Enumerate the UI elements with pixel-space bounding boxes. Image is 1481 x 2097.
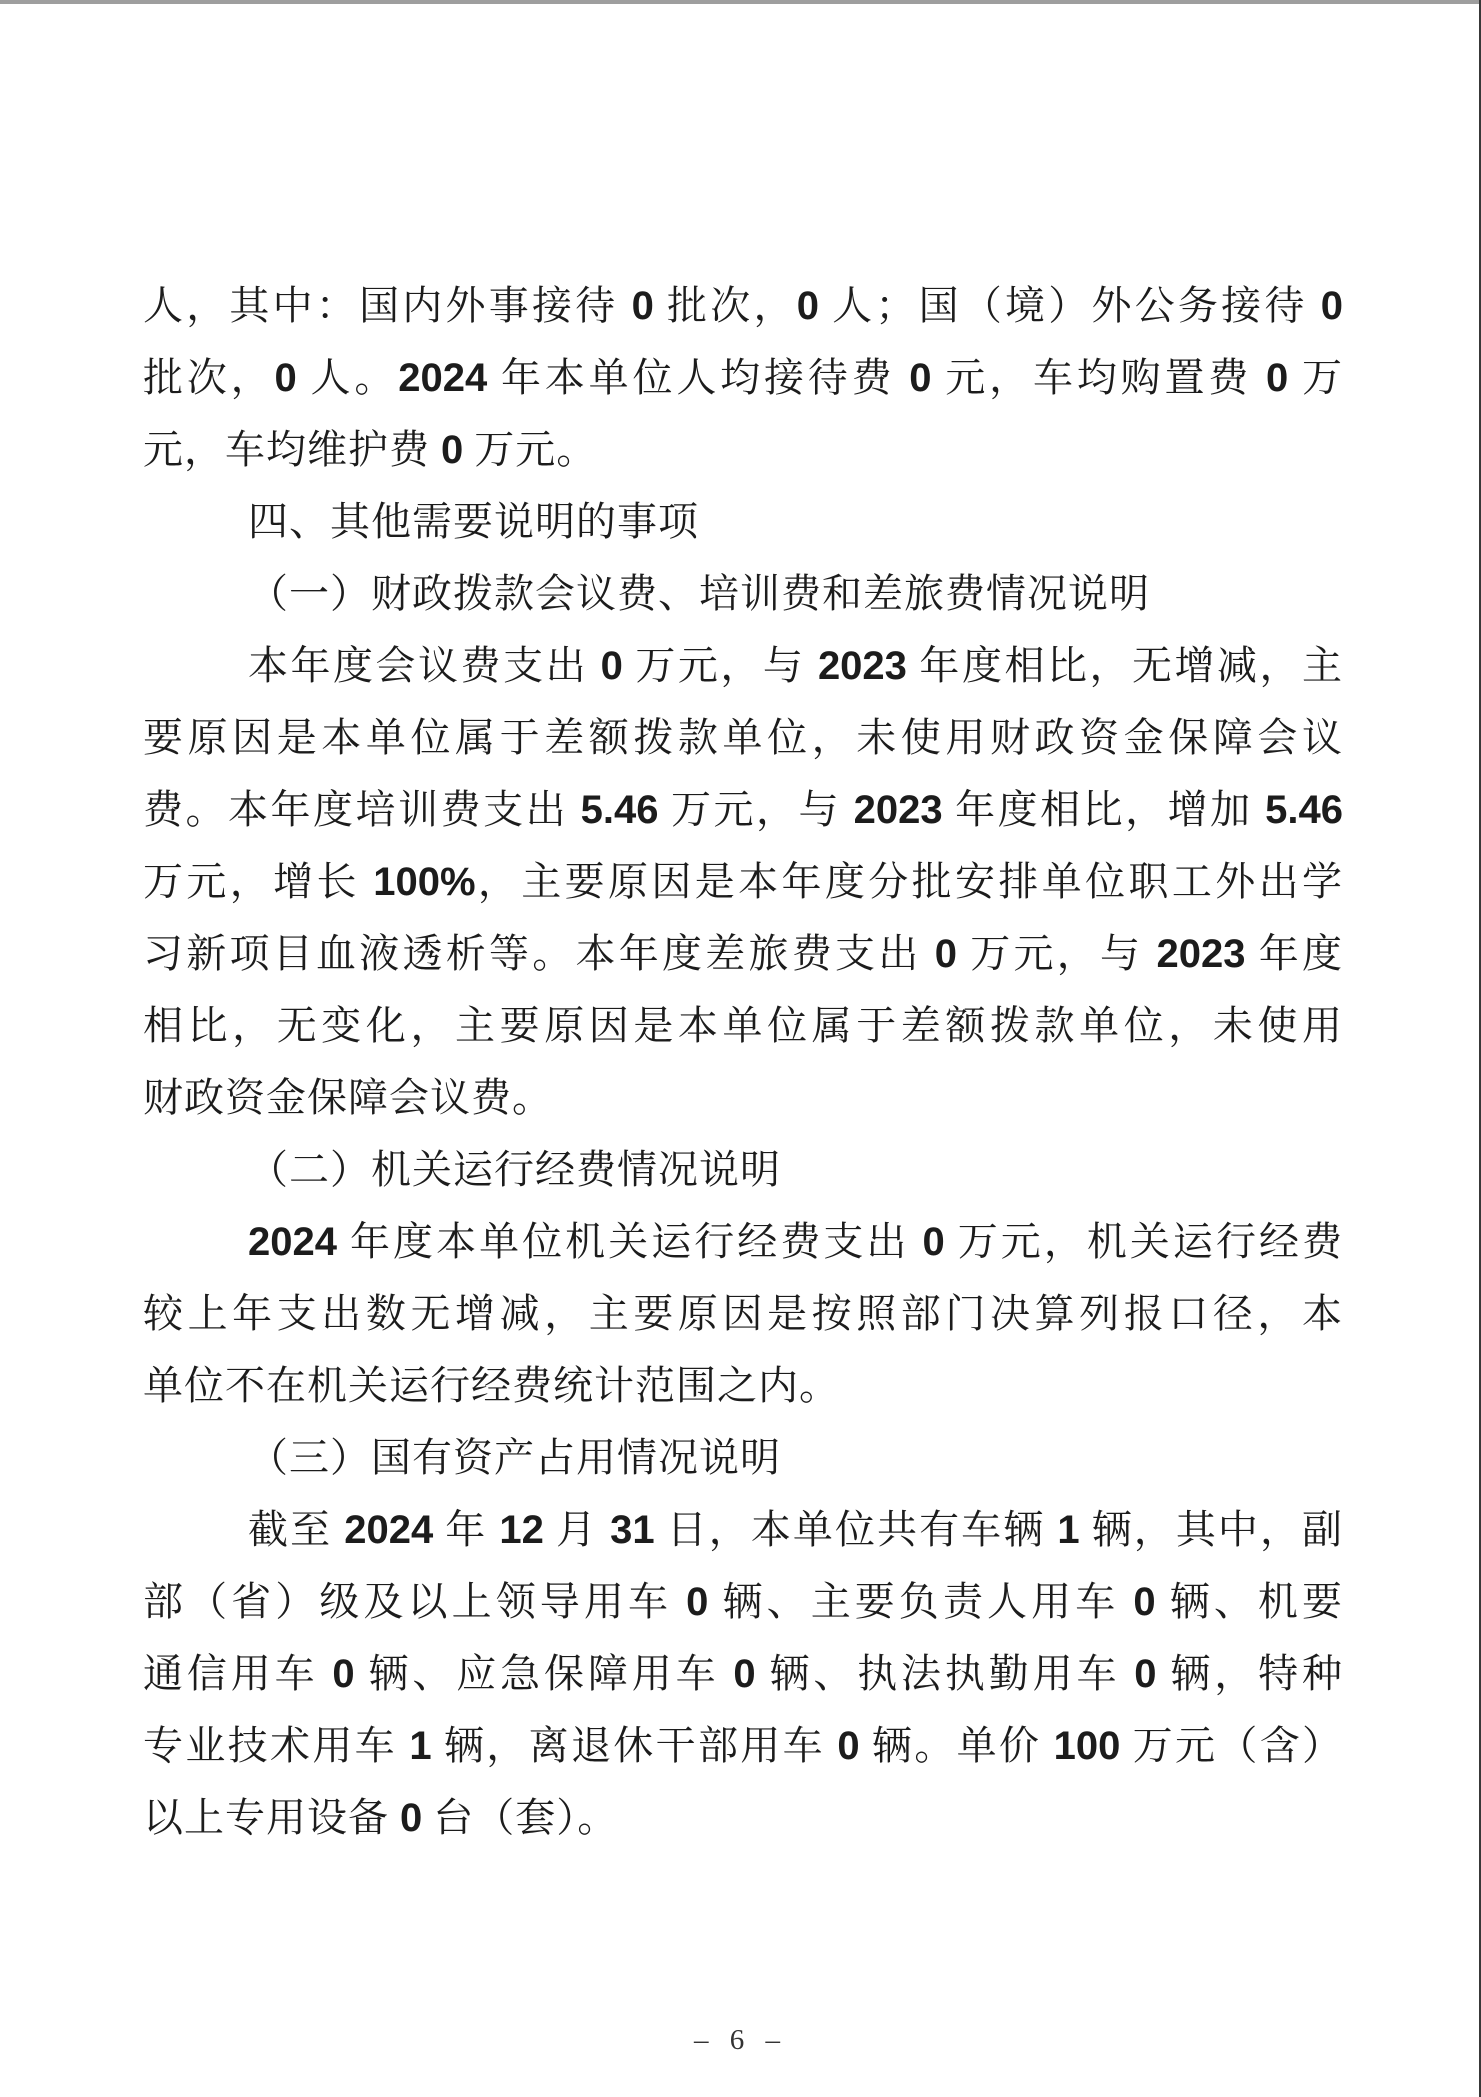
document-body: 人，其中：国内外事接待 0 批次，0 人；国（境）外公务接待 0批次，0 人。2… (143, 270, 1343, 1854)
text-line: 万元，增长 100%，主要原因是本年度分批安排单位职工外出学 (143, 846, 1343, 918)
page-number: – 6 – (694, 2024, 787, 2056)
numeral: 0 (632, 284, 654, 328)
numeral: 31 (610, 1508, 655, 1552)
text-line: （三）国有资产占用情况说明 (143, 1422, 1343, 1494)
numeral: 0 (909, 356, 931, 400)
numeral: 0 (1133, 1580, 1155, 1624)
numeral: 0 (733, 1652, 755, 1696)
document-page: 人，其中：国内外事接待 0 批次，0 人；国（境）外公务接待 0批次，0 人。2… (0, 0, 1481, 2097)
numeral: 0 (797, 284, 819, 328)
page-top-edge (0, 0, 1481, 4)
numeral: 0 (400, 1796, 422, 1840)
numeral: 1 (409, 1724, 431, 1768)
text-line: 较上年支出数无增减，主要原因是按照部门决算列报口径，本 (143, 1278, 1343, 1350)
text-line: 批次，0 人。2024 年本单位人均接待费 0 元，车均购置费 0 万 (143, 342, 1343, 414)
numeral: 12 (499, 1508, 544, 1552)
numeral: 0 (332, 1652, 354, 1696)
text-line: 截至 2024 年 12 月 31 日，本单位共有车辆 1 辆，其中，副 (143, 1494, 1343, 1566)
numeral: 1 (1057, 1508, 1079, 1552)
numeral: 0 (837, 1724, 859, 1768)
text-line: 相比，无变化，主要原因是本单位属于差额拨款单位，未使用 (143, 990, 1343, 1062)
text-line: 部（省）级及以上领导用车 0 辆、主要负责人用车 0 辆、机要 (143, 1566, 1343, 1638)
text-line: 2024 年度本单位机关运行经费支出 0 万元，机关运行经费 (143, 1206, 1343, 1278)
text-line: （一）财政拨款会议费、培训费和差旅费情况说明 (143, 558, 1343, 630)
page-footer: – 6 – (0, 2020, 1481, 2060)
text-line: 人，其中：国内外事接待 0 批次，0 人；国（境）外公务接待 0 (143, 270, 1343, 342)
text-line: 本年度会议费支出 0 万元，与 2023 年度相比，无增减，主 (143, 630, 1343, 702)
numeral: 2023 (1157, 932, 1246, 976)
numeral: 5.46 (1265, 788, 1343, 832)
text-line: （二）机关运行经费情况说明 (143, 1134, 1343, 1206)
numeral: 0 (274, 356, 296, 400)
numeral: 100 (1054, 1724, 1121, 1768)
text-line: 通信用车 0 辆、应急保障用车 0 辆、执法执勤用车 0 辆，特种 (143, 1638, 1343, 1710)
text-line: 财政资金保障会议费。 (143, 1062, 1343, 1134)
text-line: 元，车均维护费 0 万元。 (143, 414, 1343, 486)
text-line: 专业技术用车 1 辆，离退休干部用车 0 辆。单价 100 万元（含） (143, 1710, 1343, 1782)
numeral: 2023 (818, 644, 907, 688)
numeral: 0 (935, 932, 957, 976)
numeral: 100% (373, 860, 475, 904)
numeral: 2024 (398, 356, 487, 400)
text-line: 费。本年度培训费支出 5.46 万元，与 2023 年度相比，增加 5.46 (143, 774, 1343, 846)
numeral: 0 (441, 428, 463, 472)
text-line: 四、其他需要说明的事项 (143, 486, 1343, 558)
numeral: 5.46 (581, 788, 659, 832)
text-line: 要原因是本单位属于差额拨款单位，未使用财政资金保障会议 (143, 702, 1343, 774)
text-line: 以上专用设备 0 台（套）。 (143, 1782, 1343, 1854)
text-line: 习新项目血液透析等。本年度差旅费支出 0 万元，与 2023 年度 (143, 918, 1343, 990)
numeral: 2024 (344, 1508, 433, 1552)
numeral: 0 (601, 644, 623, 688)
numeral: 0 (1134, 1652, 1156, 1696)
numeral: 2023 (854, 788, 943, 832)
numeral: 0 (1321, 284, 1343, 328)
text-line: 单位不在机关运行经费统计范围之内。 (143, 1350, 1343, 1422)
numeral: 0 (1266, 356, 1288, 400)
numeral: 2024 (248, 1220, 337, 1264)
numeral: 0 (922, 1220, 944, 1264)
numeral: 0 (686, 1580, 708, 1624)
